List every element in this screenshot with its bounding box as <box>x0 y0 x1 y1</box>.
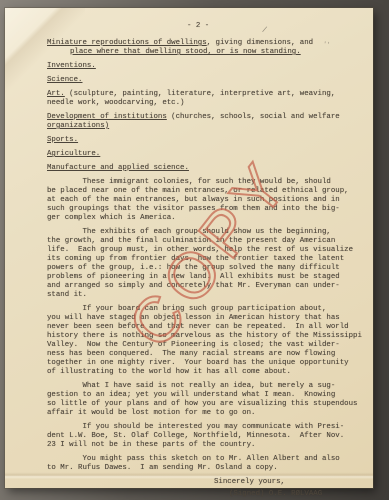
list-item-rest: (churches, schools, social and welfare <box>167 113 340 121</box>
closing-salutation: Sincerely yours, <box>214 478 367 487</box>
list-item-manufacture-applied-science: Manufacture and applied science. <box>47 164 367 173</box>
list-item-rest: (sculpture, painting, literature, interp… <box>65 90 336 98</box>
pencil-stray-mark: '' <box>323 41 331 49</box>
list-item-science: Science. <box>47 76 367 85</box>
paragraph-merely-a-suggestion: What I have said is not really an idea, … <box>47 382 367 418</box>
list-item-rest: , giving dimensions, and <box>207 39 313 47</box>
list-item-miniature-reproductions: Miniature reproductions of dwellings, gi… <box>47 39 367 57</box>
letter-body: - 2 - Miniature reproductions of dwellin… <box>5 8 373 488</box>
page-number: - 2 - <box>187 22 209 31</box>
list-item-inventions: Inventions. <box>47 62 367 71</box>
paragraph-object-lesson: If your board can bring such group parti… <box>47 305 367 377</box>
paragraph-exhibits-of-each-group: The exhibits of each group should show u… <box>47 228 367 300</box>
paper-sheet: - 2 - Miniature reproductions of dwellin… <box>5 8 373 488</box>
list-item-continuation: organizations) <box>47 122 367 131</box>
list-item-title: Art. <box>47 90 65 98</box>
list-item-art: Art. (sculpture, painting, literature, i… <box>47 90 367 108</box>
paragraph-pass-sketch-on: You might pass this sketch on to Mr. All… <box>47 455 367 473</box>
list-item-sports: Sports. <box>47 136 367 145</box>
list-item-title: Development of institutions <box>47 113 167 121</box>
paragraph-immigrant-colonies: These immigrant colonies, for such they … <box>47 178 367 223</box>
signature-line: (Signed) O.E. RØLVAAG <box>229 490 367 499</box>
list-item-agriculture: Agriculture. <box>47 150 367 159</box>
paragraph-contact-president-boe: If you should be interested you may comm… <box>47 423 367 450</box>
scanned-letter-page: - 2 - Miniature reproductions of dwellin… <box>0 0 389 500</box>
list-item-title: Miniature reproductions of dwellings <box>47 39 207 47</box>
list-item-development-of-institutions: Development of institutions (churches, s… <box>47 113 367 131</box>
list-item-continuation: place where that dwelling stood, or is n… <box>70 48 367 57</box>
list-item-continuation: needle work, woodcarving, etc.) <box>47 99 367 108</box>
